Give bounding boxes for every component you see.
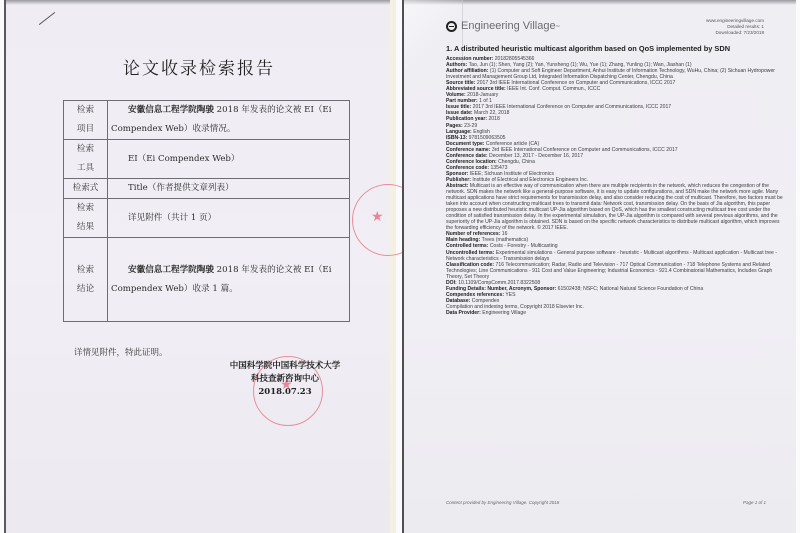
field-value: Engineering Village [482, 310, 526, 316]
download-meta: www.engineeringvillage.com Detailed resu… [706, 18, 764, 36]
record-field: Data Provider: Engineering Village [446, 310, 784, 316]
ev-logo-icon [446, 21, 457, 32]
row-label: 检索 结果 [64, 199, 108, 238]
field-value: 2018 [488, 116, 499, 122]
footer-page-number: Page 1 of 1 [743, 500, 766, 505]
record-title: 1. A distributed heuristic multicast alg… [446, 44, 786, 53]
record-fields: Accession number: 20182805545366Authors:… [446, 56, 784, 316]
row-label: 检索 工具 [64, 140, 108, 179]
table-row-search-tool: 检索 工具 EI（Ei Compendex Web） [64, 140, 350, 179]
row-value: 安徽信息工程学院陶骏 2018 年发表的论文被 EI（Ei Compendex … [108, 101, 350, 140]
engineering-village-logo: Engineering Village™ [446, 20, 560, 32]
table-row-search-result: 检索 结果 详见附件（共计 1 页） [64, 199, 350, 238]
signer-org: 中国科学院中国科学技术大学 [220, 360, 350, 373]
ei-record-page: Engineering Village™ www.engineeringvill… [402, 0, 796, 533]
download-date: Downloaded: 7/23/2018 [706, 30, 764, 36]
table-row-search-conclusion: 检索 结论 安徽信息工程学院陶骏 2018 年发表的论文被 EI（Ei Comp… [64, 238, 350, 322]
field-value: 61502438; NSFC; National Natural Science… [558, 286, 704, 292]
record-field: Abstract: Multicast is an effective way … [446, 183, 784, 231]
signer-dept: 科技查新咨询中心 [220, 373, 350, 386]
field-value: 716 Telecommunication; Radar, Radio and … [446, 262, 772, 280]
star-icon: ★ [371, 209, 384, 225]
signer-block: 中国科学院中国科学技术大学 科技查新咨询中心 2018.07.23 [220, 360, 350, 399]
row-label: 检索 项目 [64, 101, 108, 140]
field-value: (1) Computer and Soft Engineer Departmen… [446, 68, 775, 80]
field-value: YES [505, 292, 515, 298]
record-field: Classification code: 716 Telecommunicati… [446, 262, 784, 280]
report-title: 论文收录检索报告 [6, 54, 392, 79]
row-label: 检索式 [64, 179, 108, 199]
row-value: EI（Ei Compendex Web） [108, 140, 350, 179]
record-field: Uncontrolled terms: Experimental simulat… [446, 250, 784, 262]
row-value: 安徽信息工程学院陶骏 2018 年发表的论文被 EI（Ei Compendex … [108, 238, 350, 322]
footer-copyright: Content provided by Engineering Village.… [446, 500, 559, 505]
table-row-search-query: 检索式 Title（作者提供文章列表） [64, 179, 350, 199]
record-field: Author affiliation: (1) Computer and Sof… [446, 68, 784, 80]
field-value: Experimental simulations - General purpo… [446, 250, 777, 262]
row-label: 检索 结论 [64, 238, 108, 322]
page-edge-shadow [6, 0, 390, 5]
report-table: 检索 项目 安徽信息工程学院陶骏 2018 年发表的论文被 EI（Ei Comp… [63, 100, 350, 322]
field-value: IEEE Int. Conf. Comput. Commun., ICCC [507, 86, 600, 92]
field-value: Multicast is an effective way of communi… [446, 183, 783, 231]
field-key: Data Provider: [446, 310, 481, 316]
table-row-search-item: 检索 项目 安徽信息工程学院陶骏 2018 年发表的论文被 EI（Ei Comp… [64, 101, 350, 140]
signer-date: 2018.07.23 [220, 386, 350, 399]
row-value: 详见附件（共计 1 页） [108, 199, 350, 238]
certificate-page: 论文收录检索报告 检索 项目 安徽信息工程学院陶骏 2018 年发表的论文被 E… [4, 0, 390, 533]
closing-statement: 详情见附件，特此证明。 [74, 346, 168, 358]
row-value: Title（作者提供文章列表） [108, 179, 350, 199]
pen-mark [39, 12, 55, 25]
